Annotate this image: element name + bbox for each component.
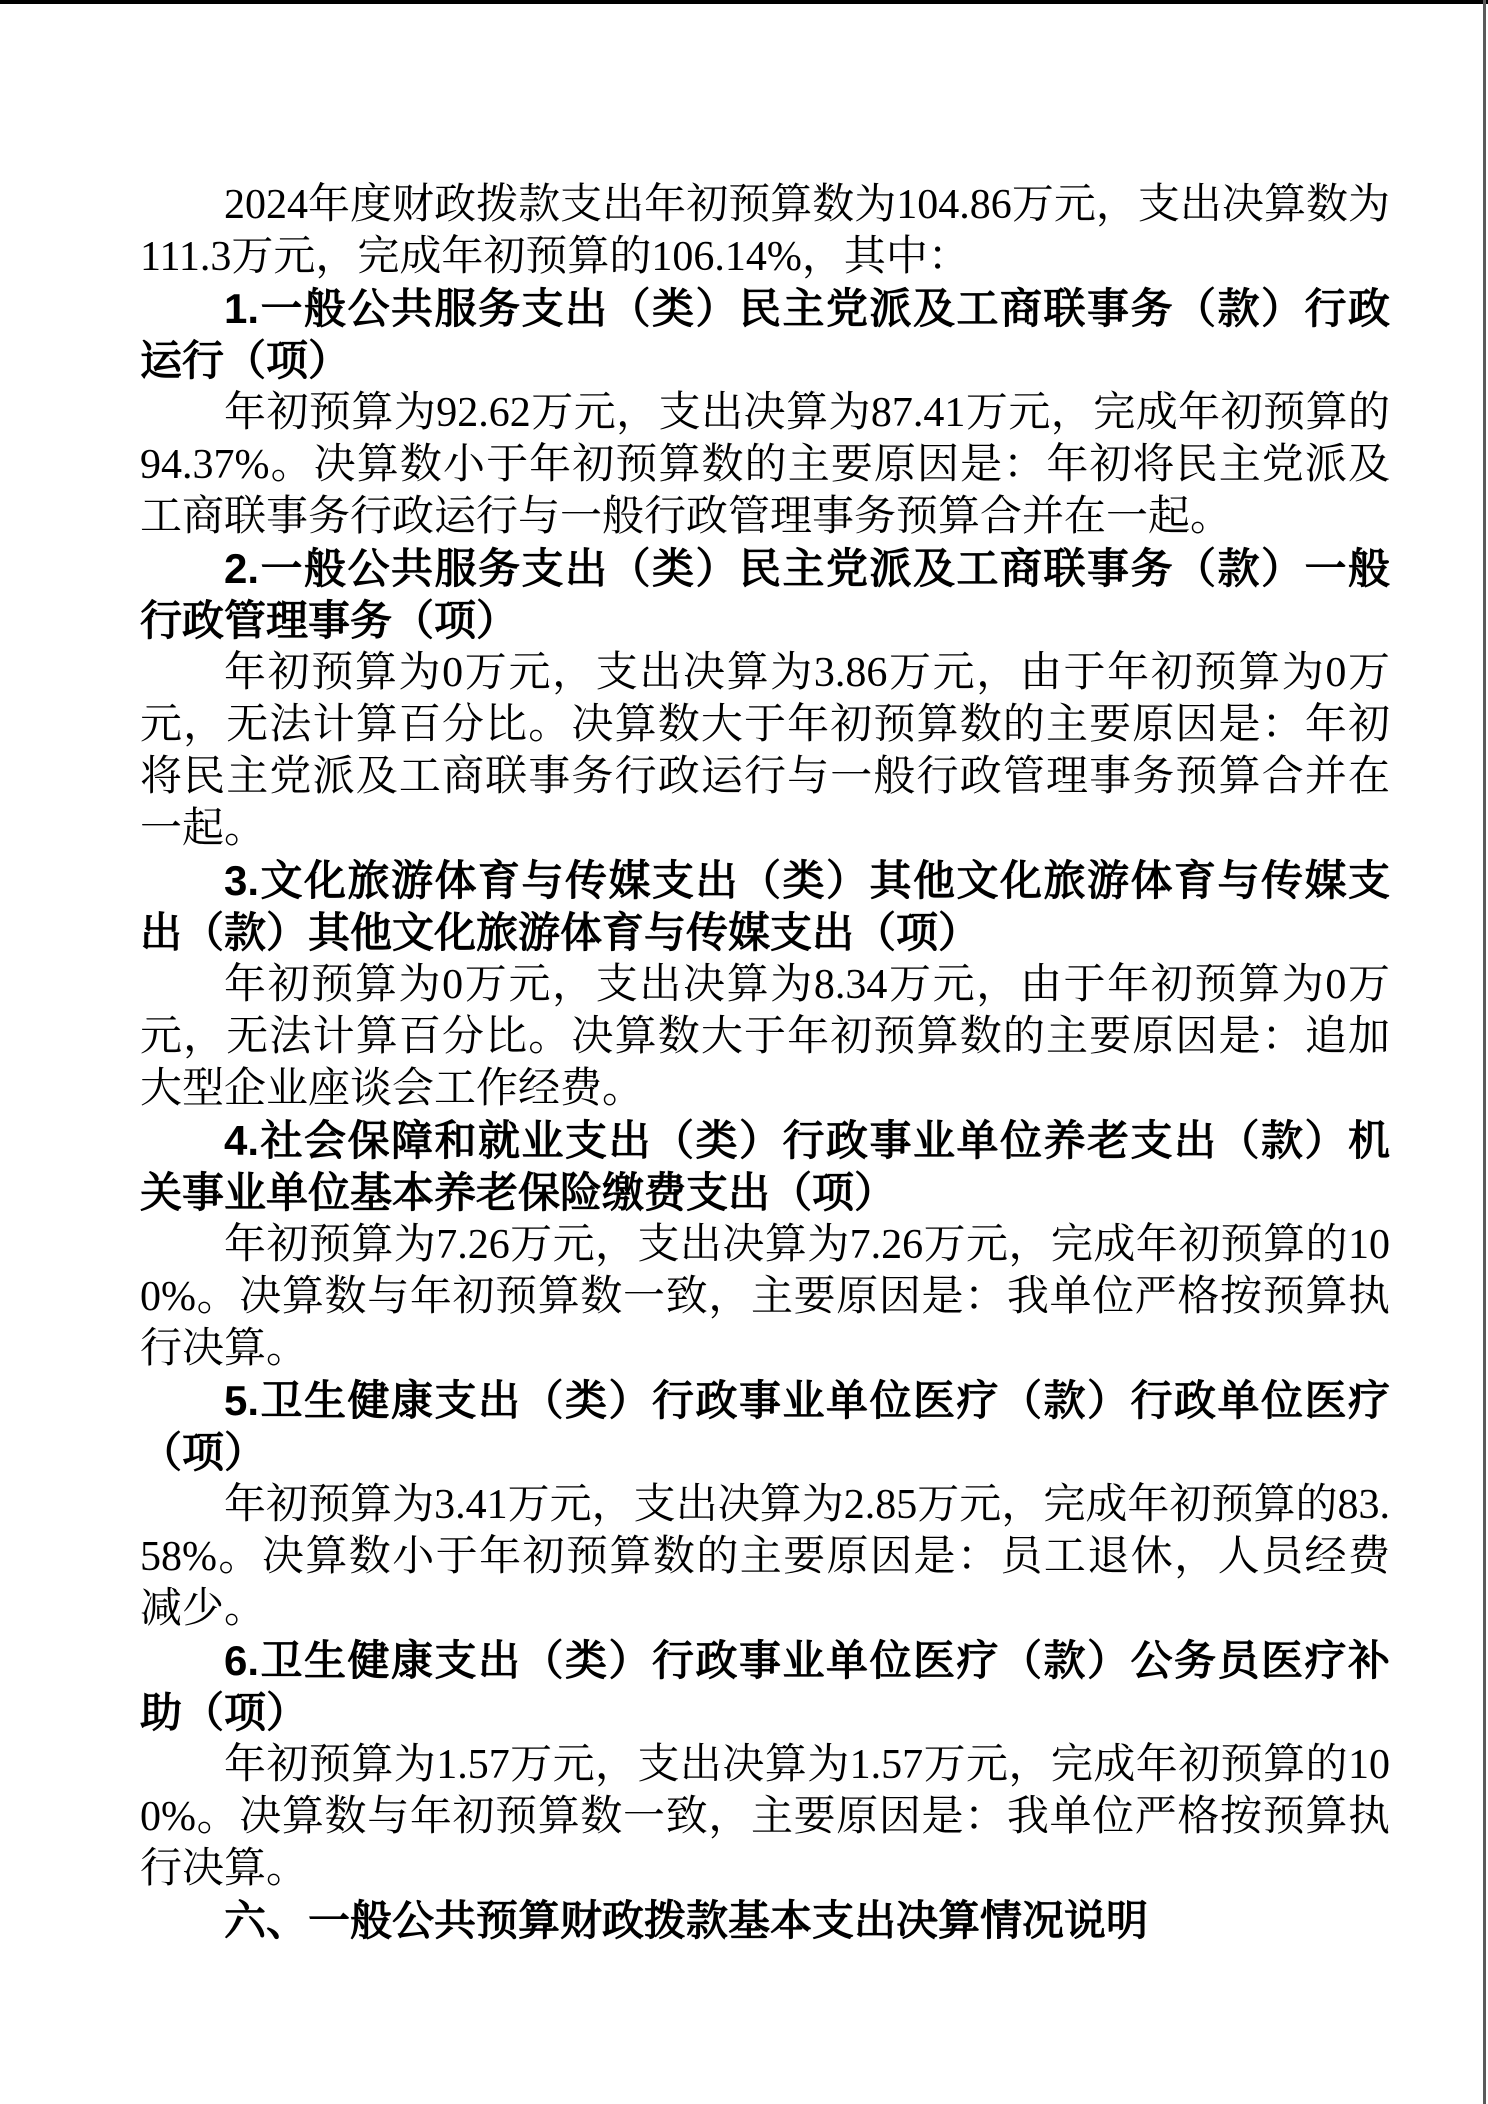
page-right-edge — [1483, 0, 1486, 2104]
section-heading: 5.卫生健康支出（类）行政事业单位医疗（款）行政单位医疗（项） — [140, 1375, 1390, 1479]
section-heading: 六、一般公共预算财政拨款基本支出决算情况说明 — [140, 1895, 1390, 1947]
paragraph: 年初预算为0万元，支出决算为8.34万元，由于年初预算为0万元，无法计算百分比。… — [140, 959, 1390, 1115]
section-heading: 6.卫生健康支出（类）行政事业单位医疗（款）公务员医疗补助（项） — [140, 1635, 1390, 1739]
page-top-edge — [0, 0, 1488, 4]
section-heading: 1.一般公共服务支出（类）民主党派及工商联事务（款）行政运行（项） — [140, 283, 1390, 387]
section-heading: 3.文化旅游体育与传媒支出（类）其他文化旅游体育与传媒支出（款）其他文化旅游体育… — [140, 855, 1390, 959]
paragraph: 2024年度财政拨款支出年初预算数为104.86万元，支出决算数为111.3万元… — [140, 179, 1390, 283]
paragraph: 年初预算为3.41万元，支出决算为2.85万元，完成年初预算的83.58%。决算… — [140, 1479, 1390, 1635]
paragraph: 年初预算为1.57万元，支出决算为1.57万元，完成年初预算的100%。决算数与… — [140, 1739, 1390, 1895]
section-heading: 2.一般公共服务支出（类）民主党派及工商联事务（款）一般行政管理事务（项） — [140, 543, 1390, 647]
paragraph: 年初预算为7.26万元，支出决算为7.26万元，完成年初预算的100%。决算数与… — [140, 1219, 1390, 1375]
section-heading: 4.社会保障和就业支出（类）行政事业单位养老支出（款）机关事业单位基本养老保险缴… — [140, 1115, 1390, 1219]
paragraph: 年初预算为0万元，支出决算为3.86万元，由于年初预算为0万元，无法计算百分比。… — [140, 647, 1390, 855]
document-page: 2024年度财政拨款支出年初预算数为104.86万元，支出决算数为111.3万元… — [0, 0, 1488, 2104]
document-content: 2024年度财政拨款支出年初预算数为104.86万元，支出决算数为111.3万元… — [140, 179, 1390, 1947]
paragraph: 年初预算为92.62万元，支出决算为87.41万元，完成年初预算的94.37%。… — [140, 387, 1390, 543]
